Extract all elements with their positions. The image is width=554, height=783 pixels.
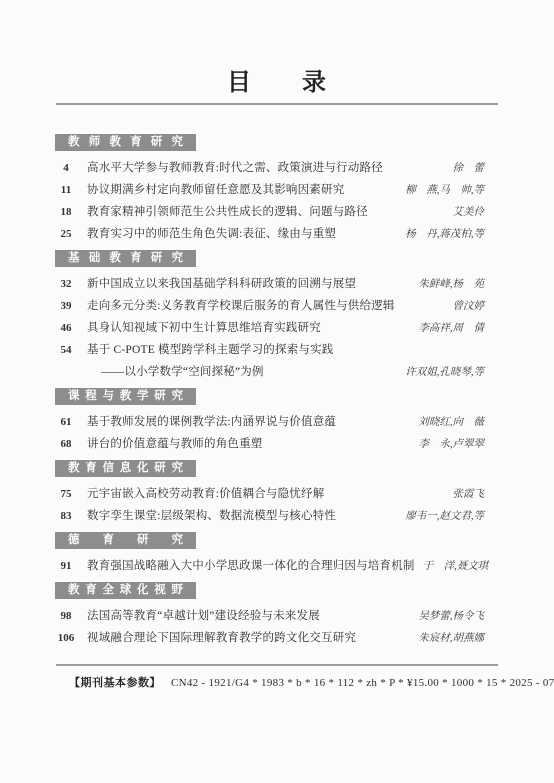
toc-entry: 106 视域融合理论下国际理解教育教学的跨文化交互研究 朱宸材,胡燕娜: [56, 632, 498, 645]
section-header: 教育全球化视野: [55, 582, 196, 599]
footer-rule: [56, 664, 498, 666]
entry-title: 基于教师发展的课例教学法:内涵界说与价值意蕴: [87, 416, 336, 429]
entry-title: 教育实习中的师范生角色失调:表征、缘由与重塑: [87, 228, 336, 241]
entry-authors: 李高祥,周 倩: [410, 322, 484, 335]
toc-entry: 91 教育强国战略融入大中小学思政课一体化的合理归因与培育机制 于 洋,聂文琪: [56, 560, 498, 573]
entry-title: 基于 C-POTE 模型跨学科主题学习的探索与实践: [87, 344, 334, 357]
toc-section: 德育研究 91 教育强国战略融入大中小学思政课一体化的合理归因与培育机制 于 洋…: [56, 532, 498, 573]
title-rule: [56, 103, 498, 105]
toc-entry: 25 教育实习中的师范生角色失调:表征、缘由与重塑 杨 丹,蒋茂柏,等: [56, 228, 498, 241]
journal-parameters-label: 【期刊基本参数】: [69, 674, 161, 690]
toc-section: 课程与教学研究 61 基于教师发展的课例教学法:内涵界说与价值意蕴 刘晓红,向 …: [56, 388, 498, 451]
entry-page-number: 98: [56, 610, 76, 623]
section-entries: 32 新中国成立以来我国基础学科科研政策的回溯与展望 朱鲜峰,杨 苑 39 走向…: [56, 278, 498, 379]
entry-authors: 廖韦一,赵文君,等: [397, 510, 484, 523]
entry-title: 教育家精神引领师范生公共性成长的逻辑、问题与路径: [87, 206, 368, 219]
toc-entry: 39 走向多元分类:义务教育学校课后服务的育人属性与供给逻辑 曾汶婷: [56, 300, 498, 313]
page-title: 目 录: [56, 0, 498, 98]
entry-page-number: 32: [56, 278, 76, 291]
toc-section: 教育全球化视野 98 法国高等教育“卓越计划”建设经验与未来发展 吴梦蕾,杨令飞…: [56, 582, 498, 645]
entry-page-number: 46: [56, 322, 76, 335]
entry-page-number: 39: [56, 300, 76, 313]
entry-page-number: 54: [56, 344, 76, 357]
toc-section: 基础教育研究 32 新中国成立以来我国基础学科科研政策的回溯与展望 朱鲜峰,杨 …: [56, 250, 498, 379]
toc-entry: 32 新中国成立以来我国基础学科科研政策的回溯与展望 朱鲜峰,杨 苑: [56, 278, 498, 291]
toc-entry: 98 法国高等教育“卓越计划”建设经验与未来发展 吴梦蕾,杨令飞: [56, 610, 498, 623]
entry-page-number: 75: [56, 488, 76, 501]
entry-title: 法国高等教育“卓越计划”建设经验与未来发展: [87, 610, 320, 623]
entry-subtitle: ——以小学数学“空间探秘”为例: [101, 366, 264, 379]
toc-entry: 68 讲台的价值意蕴与教师的角色重塑 李 永,卢翠翠: [56, 438, 498, 451]
toc-entry: 83 数字孪生课堂:层级架构、数据流模型与核心特性 廖韦一,赵文君,等: [56, 510, 498, 523]
section-entries: 75 元宇宙嵌入高校劳动教育:价值耦合与隐忧纾解 张霞飞 83 数字孪生课堂:层…: [56, 488, 498, 523]
entry-authors: 刘晓红,向 薇: [410, 416, 484, 429]
entry-title: 数字孪生课堂:层级架构、数据流模型与核心特性: [87, 510, 336, 523]
toc-page: 目 录 教师教育研究 4 高水平大学参与教师教育:时代之需、政策演进与行动路径 …: [0, 0, 554, 783]
section-header: 教师教育研究: [55, 134, 196, 151]
entry-title: 讲台的价值意蕴与教师的角色重塑: [87, 438, 263, 451]
entry-title: 元宇宙嵌入高校劳动教育:价值耦合与隐忧纾解: [87, 488, 324, 501]
journal-parameters-line: 【期刊基本参数】 CN42 - 1921/G4 * 1983 * b * 16 …: [56, 674, 498, 690]
toc-entry: 54 基于 C-POTE 模型跨学科主题学习的探索与实践: [56, 344, 498, 357]
entry-page-number: 106: [56, 632, 76, 645]
entry-page-number: 61: [56, 416, 76, 429]
entry-authors: 许双姐,孔晓琴,等: [397, 366, 484, 379]
toc-entry: 75 元宇宙嵌入高校劳动教育:价值耦合与隐忧纾解 张霞飞: [56, 488, 498, 501]
entry-title: 走向多元分类:义务教育学校课后服务的育人属性与供给逻辑: [87, 300, 395, 313]
entry-authors: 杨 丹,蒋茂柏,等: [397, 228, 484, 241]
entry-title: 视域融合理论下国际理解教育教学的跨文化交互研究: [87, 632, 356, 645]
entry-title: 教育强国战略融入大中小学思政课一体化的合理归因与培育机制: [87, 560, 415, 573]
entry-authors: 朱鲜峰,杨 苑: [410, 278, 484, 291]
section-entries: 61 基于教师发展的课例教学法:内涵界说与价值意蕴 刘晓红,向 薇 68 讲台的…: [56, 416, 498, 451]
entry-authors: 于 洋,聂文琪: [415, 560, 489, 573]
entry-page-number: 83: [56, 510, 76, 523]
entry-page-number: 11: [56, 184, 76, 197]
entry-authors: 吴梦蕾,杨令飞: [410, 610, 484, 623]
entry-page-number: 91: [56, 560, 76, 573]
section-header: 德育研究: [55, 532, 196, 549]
entry-title: 协议期满乡村定向教师留任意愿及其影响因素研究: [87, 184, 344, 197]
toc-sections: 教师教育研究 4 高水平大学参与教师教育:时代之需、政策演进与行动路径 徐 蕾 …: [56, 134, 498, 645]
entry-authors: 柳 燕,马 帅,等: [397, 184, 484, 197]
entry-authors: 张霞飞: [445, 488, 485, 501]
entry-page-number: 25: [56, 228, 76, 241]
entry-title: 高水平大学参与教师教育:时代之需、政策演进与行动路径: [87, 162, 383, 175]
toc-entry: 46 具身认知视域下初中生计算思维培育实践研究 李高祥,周 倩: [56, 322, 498, 335]
entry-authors: 朱宸材,胡燕娜: [410, 632, 484, 645]
toc-entry: 4 高水平大学参与教师教育:时代之需、政策演进与行动路径 徐 蕾: [56, 162, 498, 175]
toc-entry: 18 教育家精神引领师范生公共性成长的逻辑、问题与路径 艾美伶: [56, 206, 498, 219]
section-header: 教育信息化研究: [55, 460, 196, 477]
toc-entry-subtitle-row: ——以小学数学“空间探秘”为例 许双姐,孔晓琴,等: [56, 366, 498, 379]
entry-page-number: 4: [56, 162, 76, 175]
toc-entry: 11 协议期满乡村定向教师留任意愿及其影响因素研究 柳 燕,马 帅,等: [56, 184, 498, 197]
toc-section: 教育信息化研究 75 元宇宙嵌入高校劳动教育:价值耦合与隐忧纾解 张霞飞 83 …: [56, 460, 498, 523]
section-entries: 4 高水平大学参与教师教育:时代之需、政策演进与行动路径 徐 蕾 11 协议期满…: [56, 162, 498, 241]
section-header: 课程与教学研究: [55, 388, 196, 405]
entry-authors: 李 永,卢翠翠: [410, 438, 484, 451]
entry-authors: 徐 蕾: [445, 162, 485, 175]
entry-page-number: 18: [56, 206, 76, 219]
journal-parameters-value: CN42 - 1921/G4 * 1983 * b * 16 * 112 * z…: [171, 677, 554, 689]
toc-entry: 61 基于教师发展的课例教学法:内涵界说与价值意蕴 刘晓红,向 薇: [56, 416, 498, 429]
entry-authors: 曾汶婷: [445, 300, 485, 313]
entry-authors: 艾美伶: [445, 206, 485, 219]
toc-section: 教师教育研究 4 高水平大学参与教师教育:时代之需、政策演进与行动路径 徐 蕾 …: [56, 134, 498, 241]
entry-page-number: 68: [56, 438, 76, 451]
entry-title: 新中国成立以来我国基础学科科研政策的回溯与展望: [87, 278, 356, 291]
section-entries: 98 法国高等教育“卓越计划”建设经验与未来发展 吴梦蕾,杨令飞 106 视域融…: [56, 610, 498, 645]
section-header: 基础教育研究: [55, 250, 196, 267]
section-entries: 91 教育强国战略融入大中小学思政课一体化的合理归因与培育机制 于 洋,聂文琪: [56, 560, 498, 573]
entry-title: 具身认知视域下初中生计算思维培育实践研究: [87, 322, 321, 335]
